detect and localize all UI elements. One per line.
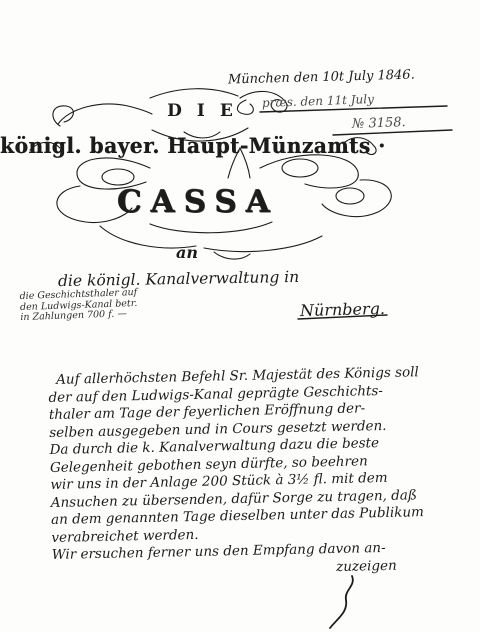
dateline: München den 10t July 1846. xyxy=(228,68,415,88)
header-preposition: an xyxy=(176,243,198,262)
scanned-document-page: München den 10t July 1846. præs. den 11t… xyxy=(0,0,480,632)
header-article: DIE xyxy=(150,101,250,121)
presentation-note: præs. den 11t July xyxy=(262,92,374,110)
margin-note: die Geschichtsthaler auf den Ludwigs-Kan… xyxy=(19,288,138,324)
margin-note-line: in Zahlungen 700 f. — xyxy=(20,309,138,324)
file-number: № 3158. xyxy=(352,115,406,132)
header-cassa-title: CASSA xyxy=(108,184,273,220)
header-institution: königl. bayer. Haupt-Münzamts · xyxy=(0,133,374,158)
recipient-line: die königl. Kanalverwaltung in xyxy=(58,268,299,290)
body-line: zuzeigen xyxy=(336,557,425,576)
paraph-mark xyxy=(330,576,353,628)
recipient-city: Nürnberg. xyxy=(300,299,385,320)
body-text: Auf allerhöchsten Befehl Sr. Majestät de… xyxy=(48,364,425,582)
